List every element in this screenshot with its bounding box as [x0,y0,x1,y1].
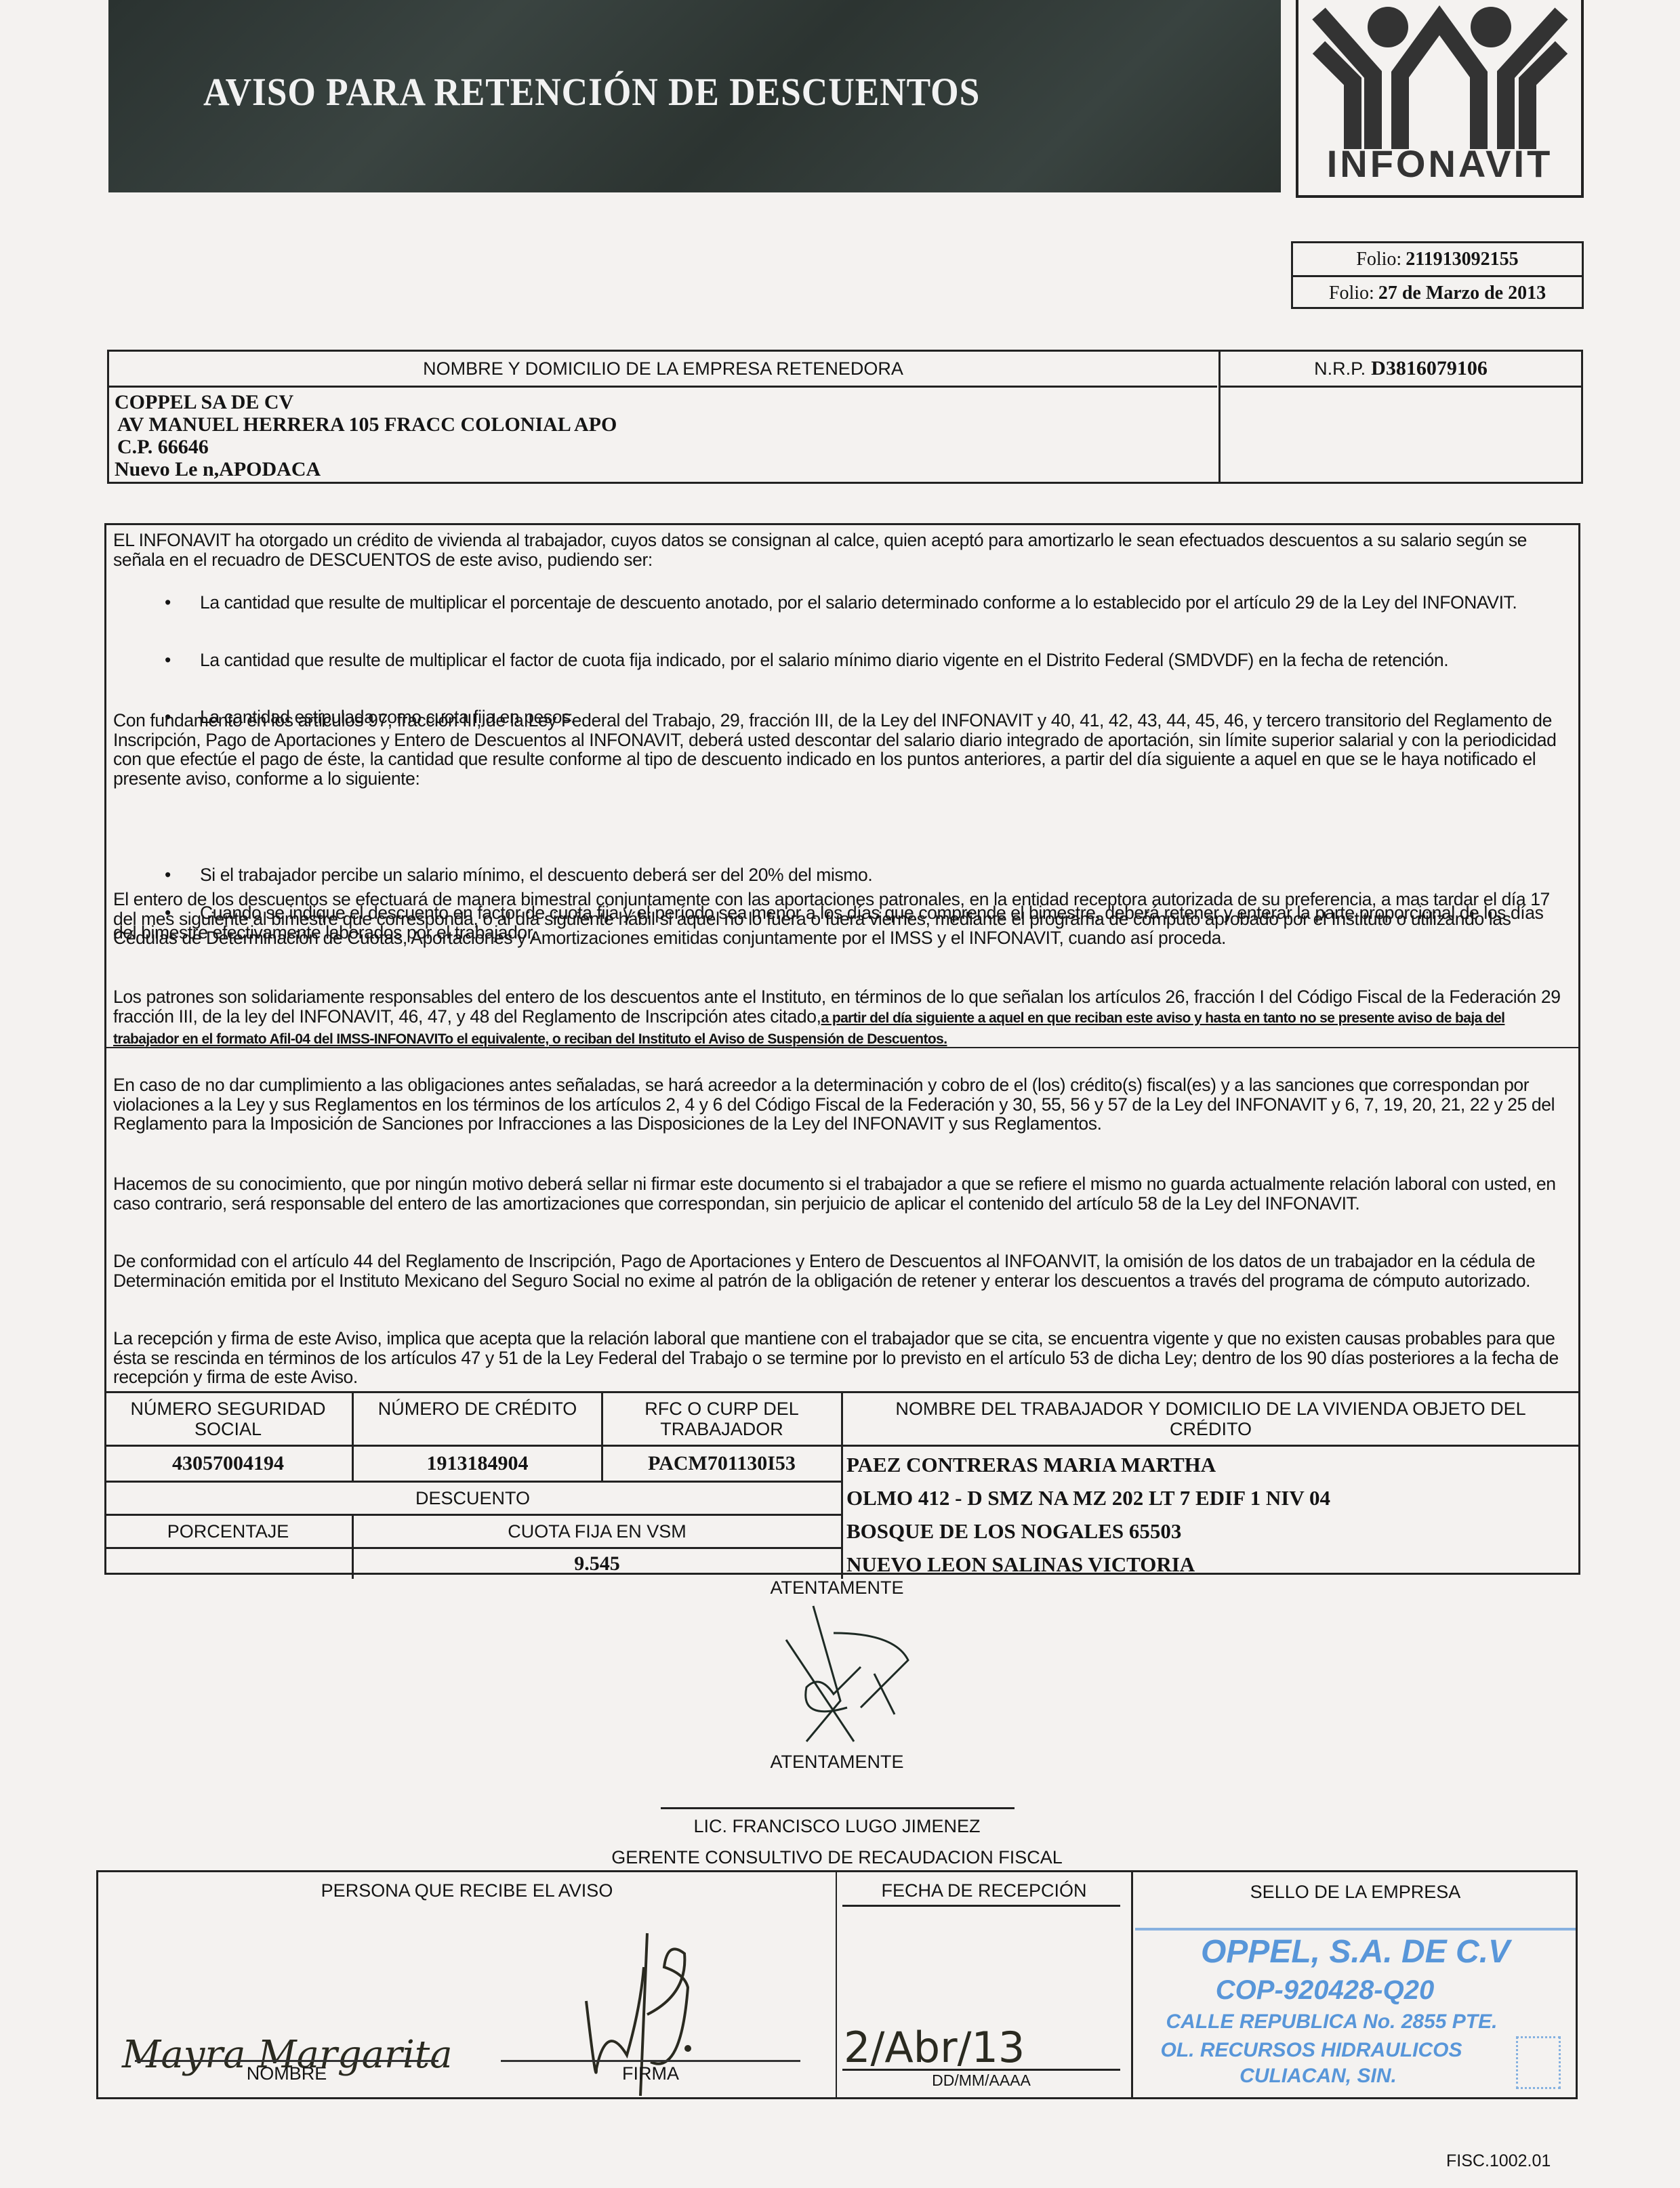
paragraph-incumplimiento: En caso de no dar cumplimiento a las obl… [113,1075,1570,1134]
firma-label: FIRMA [501,2063,800,2084]
stamp-city: CULIACAN, SIN. [1135,2065,1501,2088]
stamp-rfc: COP-920428-Q20 [1135,1975,1515,2006]
atentamente-top: ATENTAMENTE [701,1577,972,1598]
porcentaje-value [104,1549,352,1579]
folio-number: 211913092155 [1406,249,1518,270]
worker-address-state: NUEVO LEON SALINAS VICTORIA [846,1552,1195,1577]
header-rfc: RFC O CURP DEL TRABAJADOR [603,1393,840,1445]
form-code: FISC.1002.01 [1446,2151,1551,2171]
official-signature-icon [759,1599,922,1748]
divider [1131,1872,1133,2097]
stamp-border-top [1135,1928,1576,1931]
paragraph-fundamento: Con fundamento en los artículos 97, frac… [113,711,1570,788]
nombre-label: NOMBRE [135,2063,438,2084]
receipt-section: PERSONA QUE RECIBE EL AVISO Mayra Margar… [96,1870,1578,2099]
signer-title: GERENTE CONSULTIVO DE RECAUDACION FISCAL [566,1847,1108,1868]
paragraph-intro: EL INFONAVIT ha otorgado un crédito de v… [113,531,1570,569]
divider [104,1445,1578,1447]
nrp-field: N.R.P. D3816079106 [1218,352,1581,388]
company-heading: NOMBRE Y DOMICILIO DE LA EMPRESA RETENED… [109,352,1217,388]
divider [601,1393,603,1481]
company-zip: C.P. 66646 [115,436,617,458]
stamp-street: CALLE REPUBLICA No. 2855 PTE. [1135,2010,1528,2034]
divider [1218,386,1221,482]
divider [352,1514,354,1579]
stamp-colony: OL. RECURSOS HIDRAULICOS [1135,2039,1488,2062]
bullet-cuota-fija: La cantidad que resulte de multiplicar e… [113,651,1570,670]
divider [104,1514,841,1516]
cuota-label: CUOTA FIJA EN VSM [354,1516,840,1547]
paragraph-recepcion: La recepción y firma de este Aviso, impl… [113,1329,1570,1387]
divider [842,1905,1120,1907]
sello-heading: SELLO DE LA EMPRESA [1133,1882,1578,1903]
rfc-value: PACM701130I53 [603,1447,840,1481]
atentamente-bottom: ATENTAMENTE [701,1752,972,1773]
worker-address-colony: BOSQUE DE LOS NOGALES 65503 [846,1519,1181,1544]
nrp-value: D3816079106 [1371,357,1488,380]
folio-date-row: Folio: 27 de Marzo de 2013 [1293,275,1582,309]
paragraph-conocimiento: Hacemos de su conocimiento, que por ning… [113,1174,1570,1213]
company-name: COPPEL SA DE CV [115,391,617,413]
header-nombre: NOMBRE DEL TRABAJADOR Y DOMICILIO DE LA … [843,1393,1578,1445]
bullet-porcentaje: La cantidad que resulte de multiplicar e… [113,593,1570,613]
company-street: AV MANUEL HERRERA 105 FRACC COLONIAL APO [115,413,617,436]
infonavit-people-house-icon [1298,0,1581,149]
company-city: Nuevo Le n,APODACA [115,458,617,480]
logo-wordmark: INFONAVIT [1298,142,1581,186]
document-title: AVISO PARA RETENCIÓN DE DESCUENTOS [203,69,1107,115]
divider [104,1547,841,1549]
signature-line [661,1807,1015,1809]
legal-text-section: EL INFONAVIT ha otorgado un crédito de v… [104,523,1580,1575]
credito-value: 1913184904 [354,1447,601,1481]
divider [104,1481,841,1483]
nss-value: 43057004194 [104,1447,352,1481]
stamp-company: OPPEL, S.A. DE C.V [1135,1933,1576,1970]
company-address: COPPEL SA DE CV AV MANUEL HERRERA 105 FR… [115,391,617,480]
paragraph-entero: El entero de los descuentos se efectuará… [113,890,1570,948]
fecha-handwritten: 2/Abr/13 [844,2023,1025,2072]
stamp-seal-icon [1516,2036,1561,2089]
fecha-line [842,2069,1120,2071]
bullet-salario-minimo: Si el trabajador percibe un salario míni… [113,865,1570,885]
infonavit-logo: INFONAVIT [1296,0,1584,198]
descuento-label: DESCUENTO [104,1483,841,1514]
porcentaje-label: PORCENTAJE [104,1516,352,1547]
worker-table: NÚMERO SEGURIDAD SOCIAL NÚMERO DE CRÉDIT… [104,1391,1580,1579]
company-section: NOMBRE Y DOMICILIO DE LA EMPRESA RETENED… [107,350,1583,484]
firma-line [501,2060,800,2062]
divider [836,1872,837,2097]
worker-address-street: OLMO 412 - D SMZ NA MZ 202 LT 7 EDIF 1 N… [846,1486,1330,1510]
fecha-heading: FECHA DE RECEPCIÓN [837,1880,1131,1901]
folio-box: Folio: 211913092155 Folio: 27 de Marzo d… [1291,241,1584,309]
paragraph-conformidad: De conformidad con el artículo 44 del Re… [113,1252,1570,1290]
nombre-line [135,2060,438,2062]
worker-name: PAEZ CONTRERAS MARIA MARTHA [846,1453,1216,1477]
divider [841,1393,843,1579]
persona-heading: PERSONA QUE RECIBE EL AVISO [98,1880,836,1901]
folio-number-row: Folio: 211913092155 [1293,243,1582,275]
header-credito: NÚMERO DE CRÉDITO [354,1393,601,1445]
cuota-value: 9.545 [354,1549,840,1579]
fecha-format: DD/MM/AAAA [842,2071,1120,2090]
divider [352,1393,354,1481]
divider [106,1047,1578,1048]
folio-date: 27 de Marzo de 2013 [1378,283,1546,304]
paragraph-patrones: Los patrones son solidariamente responsa… [113,987,1570,1050]
signer-name: LIC. FRANCISCO LUGO JIMENEZ [634,1816,1040,1837]
header-nss: NÚMERO SEGURIDAD SOCIAL [104,1393,352,1445]
